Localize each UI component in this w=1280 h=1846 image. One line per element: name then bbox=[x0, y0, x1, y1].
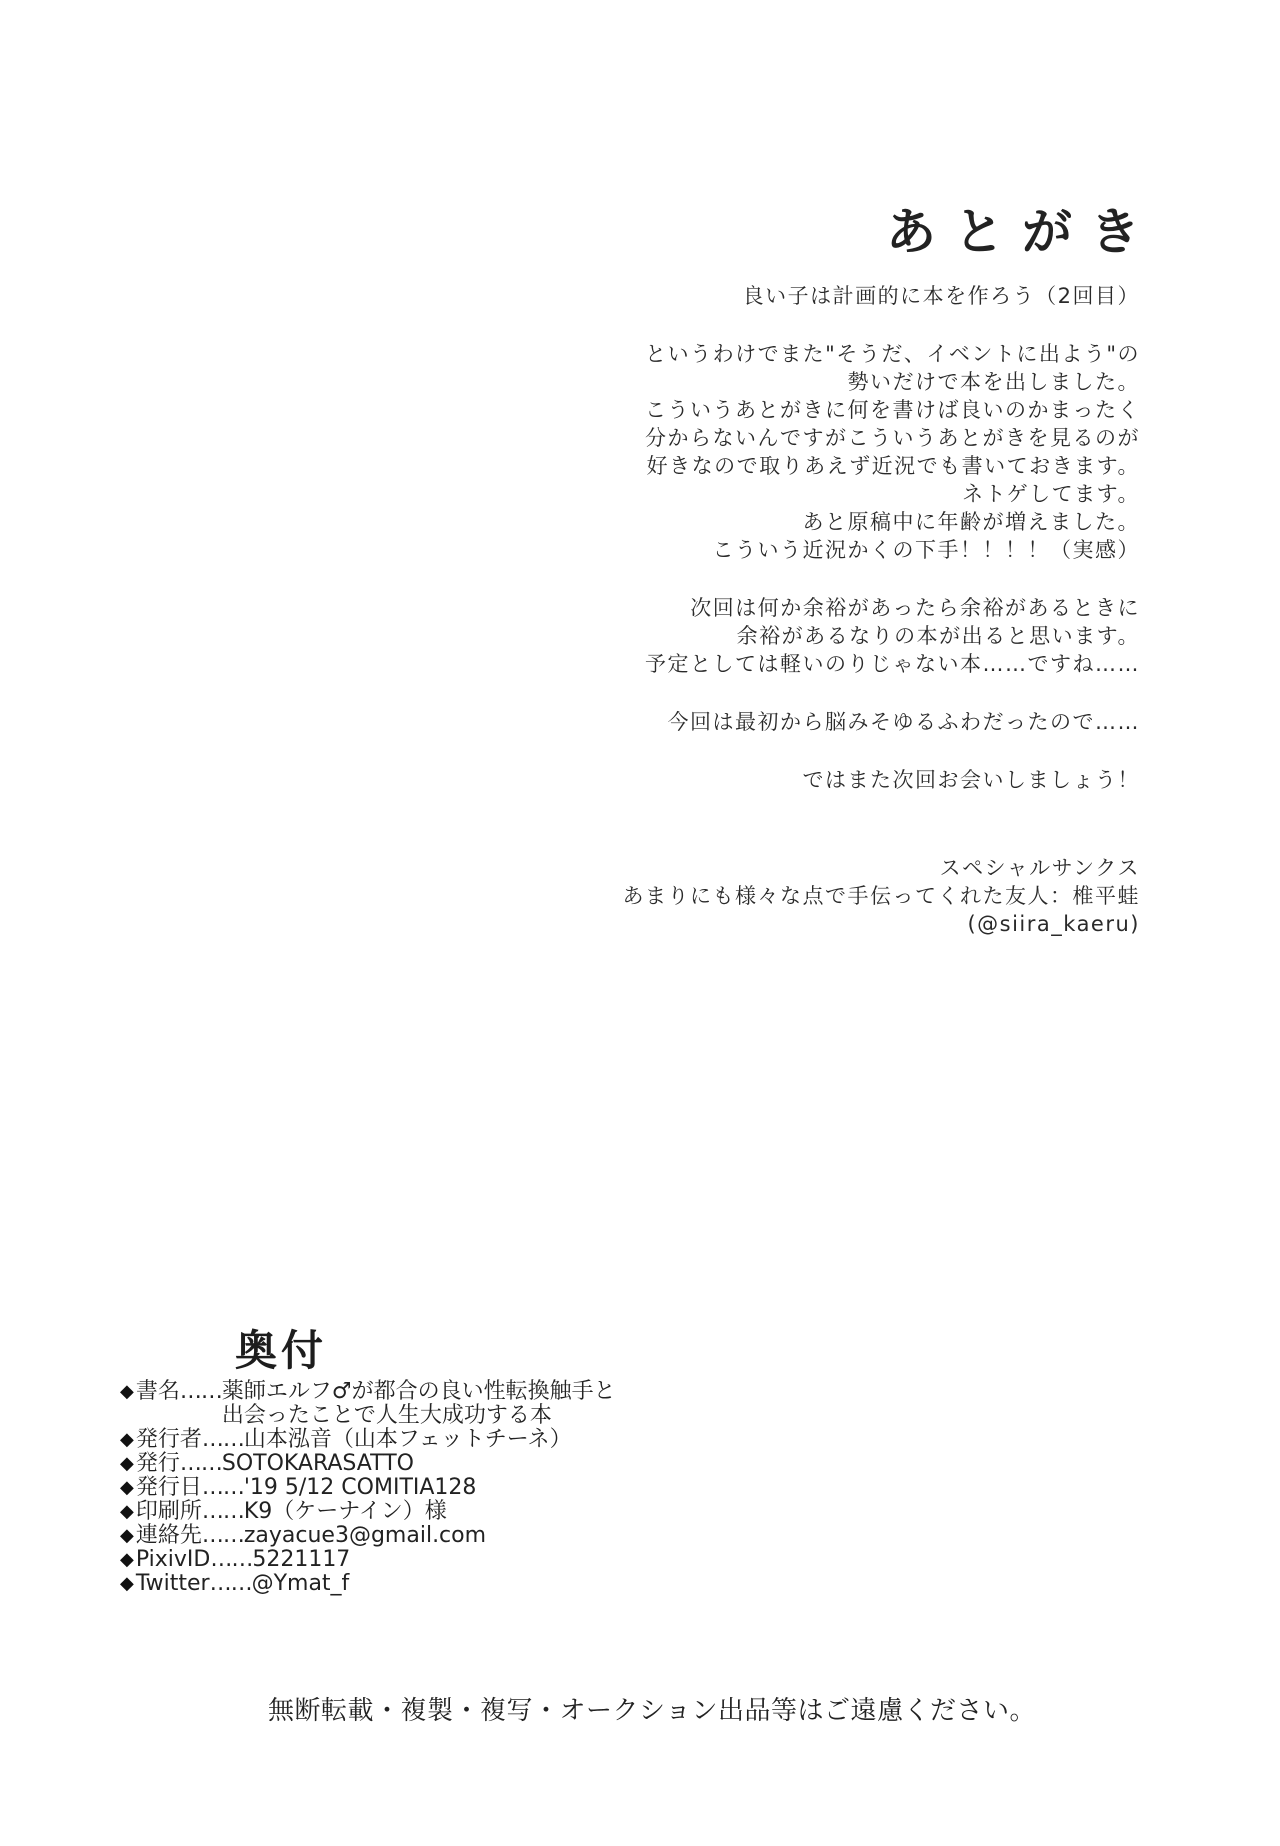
entry-separator: …… bbox=[202, 1500, 244, 1524]
paragraph-gap bbox=[440, 678, 1140, 708]
colophon-entry-date: ◆ 発行日 …… '19 5/12 COMITIA128 bbox=[120, 1476, 820, 1500]
special-thanks-heading: スペシャルサンクス bbox=[440, 854, 1140, 882]
special-thanks-line: あまりにも様々な点で手伝ってくれた友人：椎平蛙 bbox=[440, 882, 1140, 910]
colophon-entry-publisher: ◆ 発行者 …… 山本泓音（山本フェットチーネ） bbox=[120, 1428, 820, 1452]
afterword-section: あとがき 良い子は計画的に本を作ろう（2回目） というわけでまた"そうだ、イベン… bbox=[440, 198, 1140, 938]
entry-label: 連絡先 bbox=[136, 1524, 202, 1548]
colophon-entry-twitter: ◆ Twitter …… @Ymat_f bbox=[120, 1572, 820, 1596]
colophon-entry-printer: ◆ 印刷所 …… K9（ケーナイン）様 bbox=[120, 1500, 820, 1524]
afterword-line: というわけでまた"そうだ、イベントに出よう"の bbox=[440, 340, 1140, 368]
afterword-line: ではまた次回お会いしましょう！ bbox=[440, 766, 1140, 794]
entry-value-email: zayacue3@gmail.com bbox=[244, 1524, 486, 1548]
entry-value: 山本泓音（山本フェットチーネ） bbox=[244, 1428, 572, 1452]
paragraph-gap bbox=[440, 736, 1140, 766]
entry-label: 発行日 bbox=[136, 1476, 202, 1500]
colophon-entry-circle: ◆ 発行 …… SOTOKARASATTO bbox=[120, 1452, 820, 1476]
afterword-line: 勢いだけで本を出しました。 bbox=[440, 368, 1140, 396]
afterword-title: あとがき bbox=[440, 198, 1158, 266]
entry-separator: …… bbox=[210, 1548, 252, 1572]
entry-value: K9（ケーナイン）様 bbox=[244, 1500, 447, 1524]
diamond-bullet-icon: ◆ bbox=[120, 1524, 134, 1548]
paragraph-gap bbox=[440, 794, 1140, 854]
afterword-line: あと原稿中に年齢が増えました。 bbox=[440, 508, 1140, 536]
afterword-line: こういう近況かくの下手！！！！（実感） bbox=[440, 536, 1140, 564]
diamond-bullet-icon: ◆ bbox=[120, 1476, 134, 1500]
entry-label: 発行者 bbox=[136, 1428, 202, 1452]
entry-separator: …… bbox=[180, 1452, 222, 1476]
diamond-bullet-icon: ◆ bbox=[120, 1428, 134, 1452]
colophon-section: 奥付 ◆ 書名 …… 薬師エルフ♂が都合の良い性転換触手と 出会ったことで人生大… bbox=[120, 1322, 820, 1596]
entry-value: 出会ったことで人生大成功する本 bbox=[222, 1404, 616, 1428]
entry-label: 印刷所 bbox=[136, 1500, 202, 1524]
diamond-bullet-icon: ◆ bbox=[120, 1500, 134, 1524]
afterword-line: 今回は最初から脳みそゆるふわだったので…… bbox=[440, 708, 1140, 736]
diamond-bullet-icon: ◆ bbox=[120, 1548, 134, 1572]
paragraph-gap bbox=[440, 310, 1140, 340]
afterword-line: 分からないんですがこういうあとがきを見るのが bbox=[440, 424, 1140, 452]
paragraph-gap bbox=[440, 564, 1140, 594]
entry-value: '19 5/12 COMITIA128 bbox=[244, 1476, 477, 1500]
afterword-line: 予定としては軽いのりじゃない本……ですね…… bbox=[440, 650, 1140, 678]
entry-value: SOTOKARASATTO bbox=[222, 1452, 414, 1476]
afterword-line: 余裕があるなりの本が出ると思います。 bbox=[440, 622, 1140, 650]
entry-separator: …… bbox=[202, 1524, 244, 1548]
diamond-bullet-icon: ◆ bbox=[120, 1572, 134, 1596]
afterword-line: ネトゲしてます。 bbox=[440, 480, 1140, 508]
entry-value: @Ymat_f bbox=[252, 1572, 350, 1596]
afterword-line: 好きなので取りあえず近況でも書いておきます。 bbox=[440, 452, 1140, 480]
afterword-line: こういうあとがきに何を書けば良いのかまったく bbox=[440, 396, 1140, 424]
colophon-entry-contact: ◆ 連絡先 …… zayacue3@gmail.com bbox=[120, 1524, 820, 1548]
afterword-line: 次回は何か余裕があったら余裕があるときに bbox=[440, 594, 1140, 622]
diamond-bullet-icon: ◆ bbox=[120, 1380, 134, 1428]
entry-label: 発行 bbox=[136, 1452, 180, 1476]
entry-separator: …… bbox=[202, 1428, 244, 1452]
special-thanks-handle: (@siira_kaeru) bbox=[440, 910, 1140, 938]
entry-separator: …… bbox=[202, 1476, 244, 1500]
afterword-line: 良い子は計画的に本を作ろう（2回目） bbox=[440, 282, 1140, 310]
colophon-title: 奥付 bbox=[235, 1322, 820, 1380]
entry-label: PixivID bbox=[136, 1548, 210, 1572]
entry-separator: …… bbox=[180, 1380, 222, 1428]
reproduction-notice: 無断転載・複製・複写・オークション出品等はご遠慮ください。 bbox=[268, 1690, 1036, 1727]
colophon-entry-title: ◆ 書名 …… 薬師エルフ♂が都合の良い性転換触手と 出会ったことで人生大成功す… bbox=[120, 1380, 820, 1428]
diamond-bullet-icon: ◆ bbox=[120, 1452, 134, 1476]
entry-value: 5221117 bbox=[252, 1548, 350, 1572]
entry-separator: …… bbox=[210, 1572, 252, 1596]
entry-label: 書名 bbox=[136, 1380, 180, 1428]
colophon-entry-pixiv: ◆ PixivID …… 5221117 bbox=[120, 1548, 820, 1572]
entry-label: Twitter bbox=[136, 1572, 210, 1596]
entry-value: 薬師エルフ♂が都合の良い性転換触手と bbox=[222, 1380, 616, 1404]
